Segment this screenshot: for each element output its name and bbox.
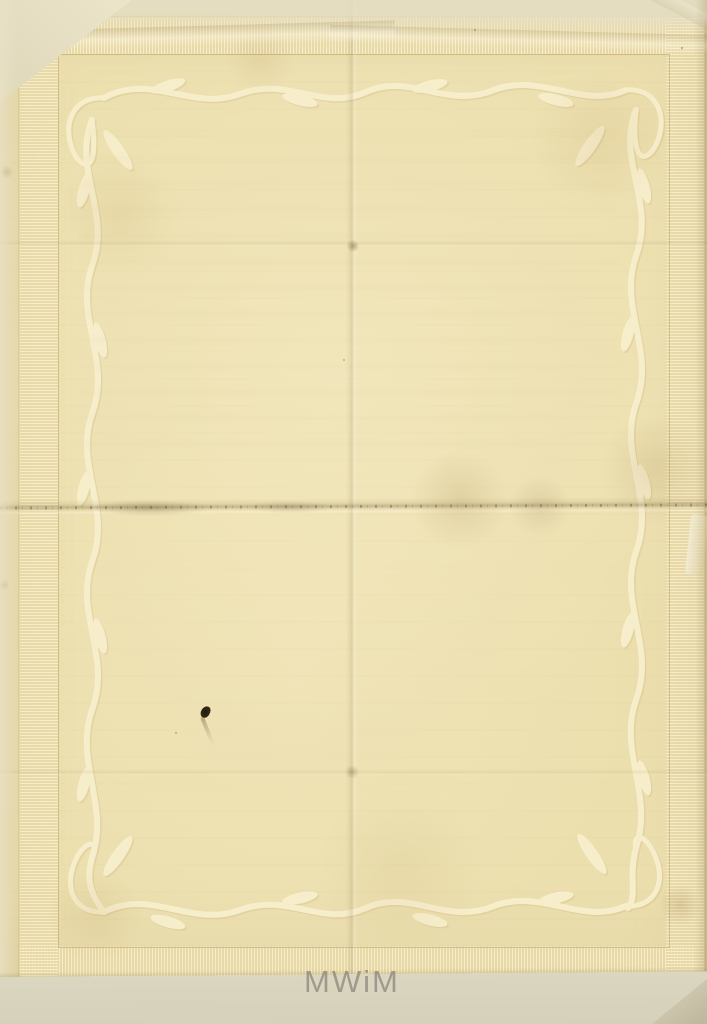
paper-right-edge <box>695 0 707 1024</box>
stains-and-foxing-overlay <box>0 0 707 1024</box>
archive-watermark-text: MWiM <box>304 964 400 1000</box>
paper-left-edge <box>0 0 18 1024</box>
document-scan: MWiM <box>0 0 707 1024</box>
